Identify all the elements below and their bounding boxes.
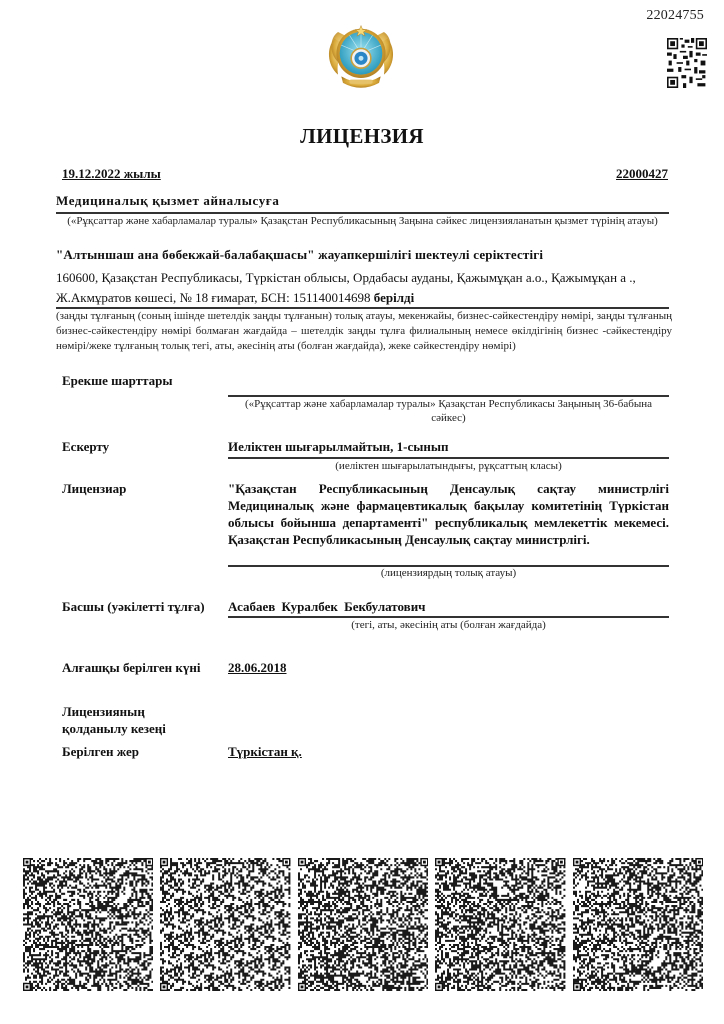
license-number: 22000427 (616, 166, 668, 182)
note-caption: (иеліктен шығарылатындығы, рұқсаттың кла… (228, 459, 669, 473)
document-number: 22024755 (646, 8, 704, 24)
licensor-value: "Қазақстан Республикасының Денсаулық сақ… (228, 480, 669, 548)
qr-code-row (23, 858, 703, 991)
qr-code-icon (160, 858, 290, 991)
licensee-address: 160600, Қазақстан Республикасы, Түркіста… (56, 268, 672, 308)
qr-code-icon (573, 858, 703, 991)
validity-period-label: Лицензияның қолданылу кезеңі (62, 703, 202, 737)
qr-code-icon (298, 858, 428, 991)
qr-code-icon (23, 858, 153, 991)
note-label: Ескерту (62, 438, 109, 455)
licensee-address-text: 160600, Қазақстан Республикасы, Түркіста… (56, 270, 636, 305)
place-of-issue-label: Берілген жер (62, 743, 139, 760)
qr-code-icon (435, 858, 565, 991)
licensee-caption: (заңды тұлғаның (соның ішінде шетелдік з… (56, 309, 672, 354)
issued-word: берілді (374, 290, 414, 305)
qr-code-icon (667, 38, 707, 88)
head-caption: (тегі, аты, әкесінің аты (болған жағдайд… (228, 618, 669, 632)
issue-date: 19.12.2022 жылы (62, 166, 161, 182)
document-title: ЛИЦЕНЗИЯ (0, 124, 724, 149)
state-emblem-icon (320, 14, 402, 96)
first-issued-label: Алғашқы берілген күні (62, 659, 201, 676)
activity-caption: («Рұқсаттар және хабарламалар туралы» Қа… (56, 214, 669, 228)
licensor-caption: (лицензиярдың толық атауы) (228, 566, 669, 580)
first-issued-value: 28.06.2018 (228, 659, 287, 676)
special-conditions-label: Ерекше шарттары (62, 372, 173, 389)
licensee-name: "Алтыншаш ана бөбекжай-балабақшасы" жауа… (56, 247, 543, 263)
head-label: Басшы (уәкілетті тұлға) (62, 598, 205, 615)
note-value: Иеліктен шығарылмайтын, 1-сынып (228, 438, 669, 455)
special-conditions-caption: («Рұқсаттар және хабарламалар туралы» Қа… (228, 397, 669, 425)
head-value: Асабаев Куралбек Бекбулатович (228, 598, 669, 615)
licensed-activity: Медициналық қызмет айналысуға (56, 193, 279, 209)
licensor-label: Лицензиар (62, 480, 126, 497)
place-of-issue-value: Түркістан қ. (228, 743, 302, 760)
